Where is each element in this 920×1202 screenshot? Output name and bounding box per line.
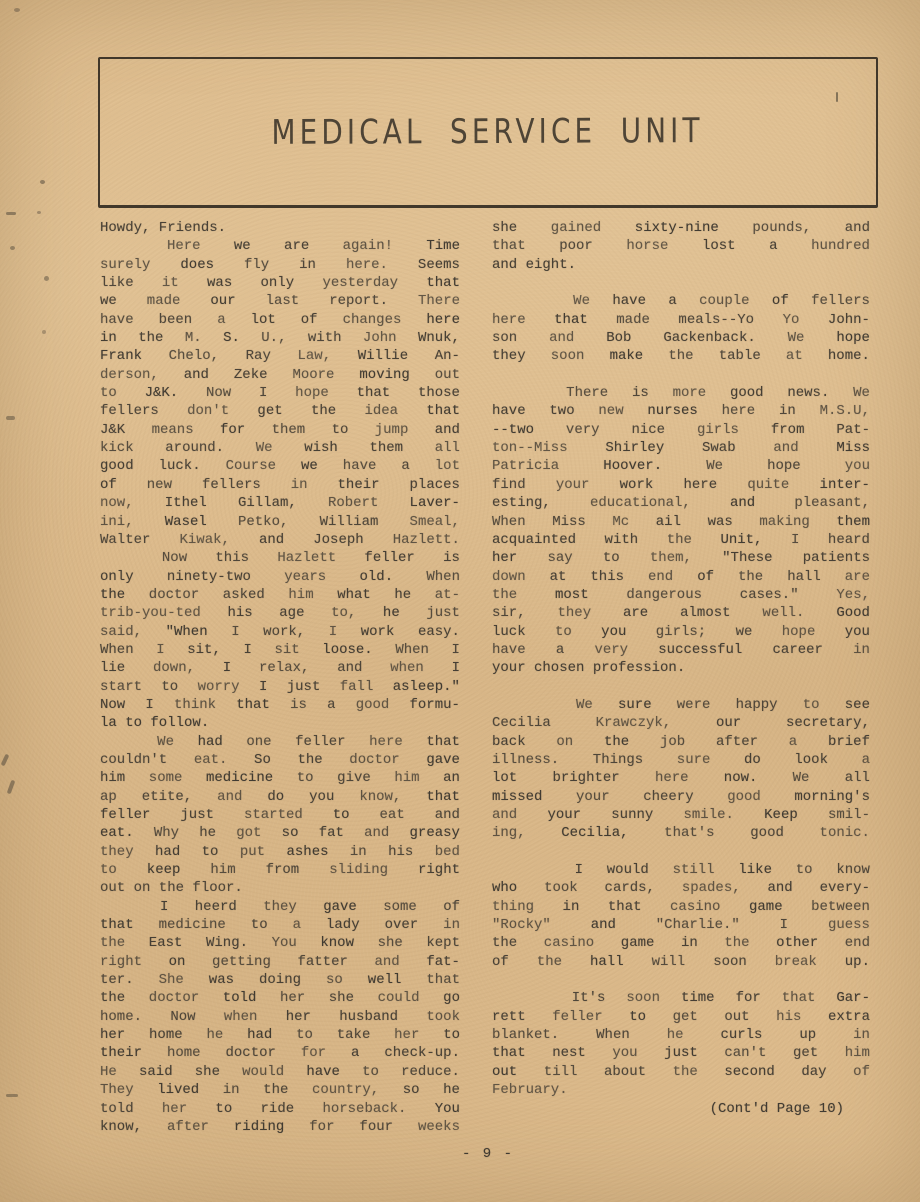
text-line: your chosen profession. — [492, 659, 870, 677]
paragraph: shegainedsixty-ninepounds,andthatpoorhor… — [492, 219, 870, 274]
text-line: thinginthatcasinogamebetween — [492, 898, 870, 916]
text-line: liedown,Irelax,andwhenI — [100, 659, 460, 677]
text-line: fellerjuststartedtoeatand — [100, 806, 460, 824]
text-line: PatriciaHoover.Wehopeyou — [492, 457, 870, 475]
text-line: CeciliaKrawczyk,oursecretary, — [492, 714, 870, 732]
paragraph: WesurewerehappytoseeCeciliaKrawczyk,ours… — [492, 696, 870, 843]
text-line: said,"WhenIwork,Iworkeasy. — [100, 623, 460, 641]
paper-speck — [6, 416, 15, 420]
text-line: derson,andZekeMooremovingout — [100, 366, 460, 384]
text-line: himsomemedicinetogivehiman — [100, 769, 460, 787]
paragraph: Thereismoregoodnews.Wehavetwonewnurseshe… — [492, 384, 870, 678]
page-number: - 9 - — [100, 1146, 876, 1162]
text-line: thatpoorhorselostahundred — [492, 237, 870, 255]
text-line: ini,WaselPetko,WilliamSmeal, — [100, 513, 460, 531]
text-line: ofnewfellersintheirplaces — [100, 476, 460, 494]
text-line: illness.Thingssuredolooka — [492, 751, 870, 769]
paper-speck — [6, 212, 16, 215]
text-line: ter.Shewasdoingsowellthat — [100, 971, 460, 989]
text-line: starttoworryIjustfallasleep." — [100, 678, 460, 696]
text-line: --twoverynicegirlsfromPat- — [492, 421, 870, 439]
text-line: blanket.Whenhecurlsupin — [492, 1026, 870, 1044]
text-line: wemadeourlastreport.There — [100, 292, 460, 310]
text-line: goodluck.Coursewehavealot — [100, 457, 460, 475]
text-line: WhenMissMcailwasmakingthem — [492, 513, 870, 531]
left-column: Howdy, Friends.Hereweareagain!Timesurely… — [100, 219, 460, 1136]
text-line: havetwonewnurseshereinM.S.U, — [492, 402, 870, 420]
text-line: likeitwasonlyyesterdaythat — [100, 274, 460, 292]
text-line: esting,educational,andpleasant, — [492, 494, 870, 512]
paper-speck — [836, 92, 838, 102]
text-line: NowIthinkthatisagoodformu- — [100, 696, 460, 714]
text-line: missedyourcheerygoodmorning's — [492, 788, 870, 806]
text-line: surelydoesflyinhere.Seems — [100, 256, 460, 274]
text-line: home.Nowwhenherhusbandtook — [100, 1008, 460, 1026]
text-line: theEastWing.Youknowshekept — [100, 934, 460, 952]
text-line: Howdy, Friends. — [100, 219, 460, 237]
paragraph: Iwouldstillliketoknowwhotookcards,spades… — [492, 861, 870, 971]
paper-speck — [10, 246, 15, 250]
paper-speck — [6, 1094, 18, 1097]
text-line: haveaverysuccessfulcareerin — [492, 641, 870, 659]
text-line: toldhertoridehorseback.You — [100, 1100, 460, 1118]
text-line: sonandBobGackenback.Wehope — [492, 329, 870, 347]
text-line: thedoctortoldhershecouldgo — [100, 989, 460, 1007]
page: MEDICAL SERVICE UNIT Howdy, Friends.Here… — [0, 0, 920, 1202]
text-line: apetite,anddoyouknow,that — [100, 788, 460, 806]
text-line: eat.Whyhegotsofatandgreasy — [100, 824, 460, 842]
text-line: theyhadtoputashesinhisbed — [100, 843, 460, 861]
text-line: thedoctoraskedhimwhatheat- — [100, 586, 460, 604]
paper-speck — [14, 8, 20, 12]
text-line: fellersdon'tgettheideathat — [100, 402, 460, 420]
text-line: theirhomedoctorforacheck-up. — [100, 1044, 460, 1062]
paragraph: Iheerdtheygavesomeofthatmedicinetoaladyo… — [100, 898, 460, 1136]
paper-speck — [7, 780, 16, 795]
text-line: thatmedicinetoaladyoverin — [100, 916, 460, 934]
paper-speck — [40, 180, 45, 184]
text-line: Wehaveacoupleoffellers — [492, 292, 870, 310]
text-line: theysoonmakethetableathome. — [492, 347, 870, 365]
paragraph: Howdy, Friends. — [100, 219, 460, 237]
text-line: lucktoyougirls;wehopeyou — [492, 623, 870, 641]
paper-speck — [37, 211, 41, 214]
text-line: lotbrighterherenow.Weall — [492, 769, 870, 787]
text-line: downatthisendofthehallare — [492, 568, 870, 586]
text-line: findyourworkherequiteinter- — [492, 476, 870, 494]
text-line: ton--MissShirleySwabandMiss — [492, 439, 870, 457]
text-line: WhenIsit,Isitloose.WhenI — [100, 641, 460, 659]
text-line: andyoursunnysmile.Keepsmil- — [492, 806, 870, 824]
text-line: herhomehehadtotakeherto — [100, 1026, 460, 1044]
text-line: hersaytothem,"Thesepatients — [492, 549, 870, 567]
text-line: sir,theyarealmostwell.Good — [492, 604, 870, 622]
paragraph: Wehaveacoupleoffellersherethatmademeals-… — [492, 292, 870, 365]
text-line: couldn'teat.Sothedoctorgave — [100, 751, 460, 769]
text-line: whotookcards,spades,andevery- — [492, 879, 870, 897]
text-line: and eight. — [492, 256, 870, 274]
paragraph: (Cont'd Page 10) — [492, 1100, 870, 1118]
text-line: Iheerdtheygavesomeof — [100, 898, 460, 916]
text-line: (Cont'd Page 10) — [492, 1100, 870, 1118]
text-line: Theylivedinthecountry,sohe — [100, 1081, 460, 1099]
text-line: Thereismoregoodnews.We — [492, 384, 870, 402]
text-line: acquaintedwiththeUnit,Iheard — [492, 531, 870, 549]
text-line: J&Kmeansforthemtojumpand — [100, 421, 460, 439]
text-line: WalterKiwak,andJosephHazlett. — [100, 531, 460, 549]
paragraph: Hereweareagain!Timesurelydoesflyinhere.S… — [100, 237, 460, 549]
text-line: NowthisHazlettfelleris — [100, 549, 460, 567]
text-line: now,IthelGillam,RobertLaver- — [100, 494, 460, 512]
paper-speck — [42, 330, 46, 334]
text-line: Hesaidshewouldhavetoreduce. — [100, 1063, 460, 1081]
text-line: February. — [492, 1081, 870, 1099]
text-line: out on the floor. — [100, 879, 460, 897]
text-line: rightongettingfatterandfat- — [100, 953, 460, 971]
text-line: rettfellertogetouthisextra — [492, 1008, 870, 1026]
text-line: Hereweareagain!Time — [100, 237, 460, 255]
text-line: intheM.S.U.,withJohnWnuk, — [100, 329, 460, 347]
text-line: ing,Cecilia,that'sgoodtonic. — [492, 824, 870, 842]
text-line: thecasinogameintheotherend — [492, 934, 870, 952]
text-line: toJ&K.NowIhopethatthose — [100, 384, 460, 402]
page-title: MEDICAL SERVICE UNIT — [272, 111, 704, 153]
header-box: MEDICAL SERVICE UNIT — [98, 57, 878, 208]
text-line: "Rocky"and"Charlie."Iguess — [492, 916, 870, 934]
text-line: Iwouldstillliketoknow — [492, 861, 870, 879]
text-line: backonthejobafterabrief — [492, 733, 870, 751]
text-line: Wehadonefellerherethat — [100, 733, 460, 751]
text-line: herethatmademeals--YoYoJohn- — [492, 311, 870, 329]
paragraph: Wehadonefellerherethatcouldn'teat.Sothed… — [100, 733, 460, 898]
text-line: Wesurewerehappytosee — [492, 696, 870, 714]
text-line: FrankChelo,RayLaw,WillieAn- — [100, 347, 460, 365]
paper-speck — [44, 276, 49, 281]
text-line: havebeenalotofchangeshere — [100, 311, 460, 329]
text-line: la to follow. — [100, 714, 460, 732]
text-line: kickaround.Wewishthemall — [100, 439, 460, 457]
paragraph: NowthisHazlettfellerisonlyninety-twoyear… — [100, 549, 460, 732]
text-line: shegainedsixty-ninepounds,and — [492, 219, 870, 237]
text-line: outtillabouttheseconddayof — [492, 1063, 870, 1081]
text-line: ofthehallwillsoonbreakup. — [492, 953, 870, 971]
text-line: It'ssoontimeforthatGar- — [492, 989, 870, 1007]
text-line: thatnestyoujustcan'tgethim — [492, 1044, 870, 1062]
paragraph: It'ssoontimeforthatGar-rettfellertogetou… — [492, 989, 870, 1099]
right-column: shegainedsixty-ninepounds,andthatpoorhor… — [492, 219, 870, 1136]
text-line: trib-you-tedhisageto,hejust — [100, 604, 460, 622]
paper-speck — [1, 754, 10, 767]
text-line: tokeephimfromslidingright — [100, 861, 460, 879]
text-line: know,afterridingforfourweeks — [100, 1118, 460, 1136]
text-line: onlyninety-twoyearsold.When — [100, 568, 460, 586]
text-line: themostdangerouscases."Yes, — [492, 586, 870, 604]
